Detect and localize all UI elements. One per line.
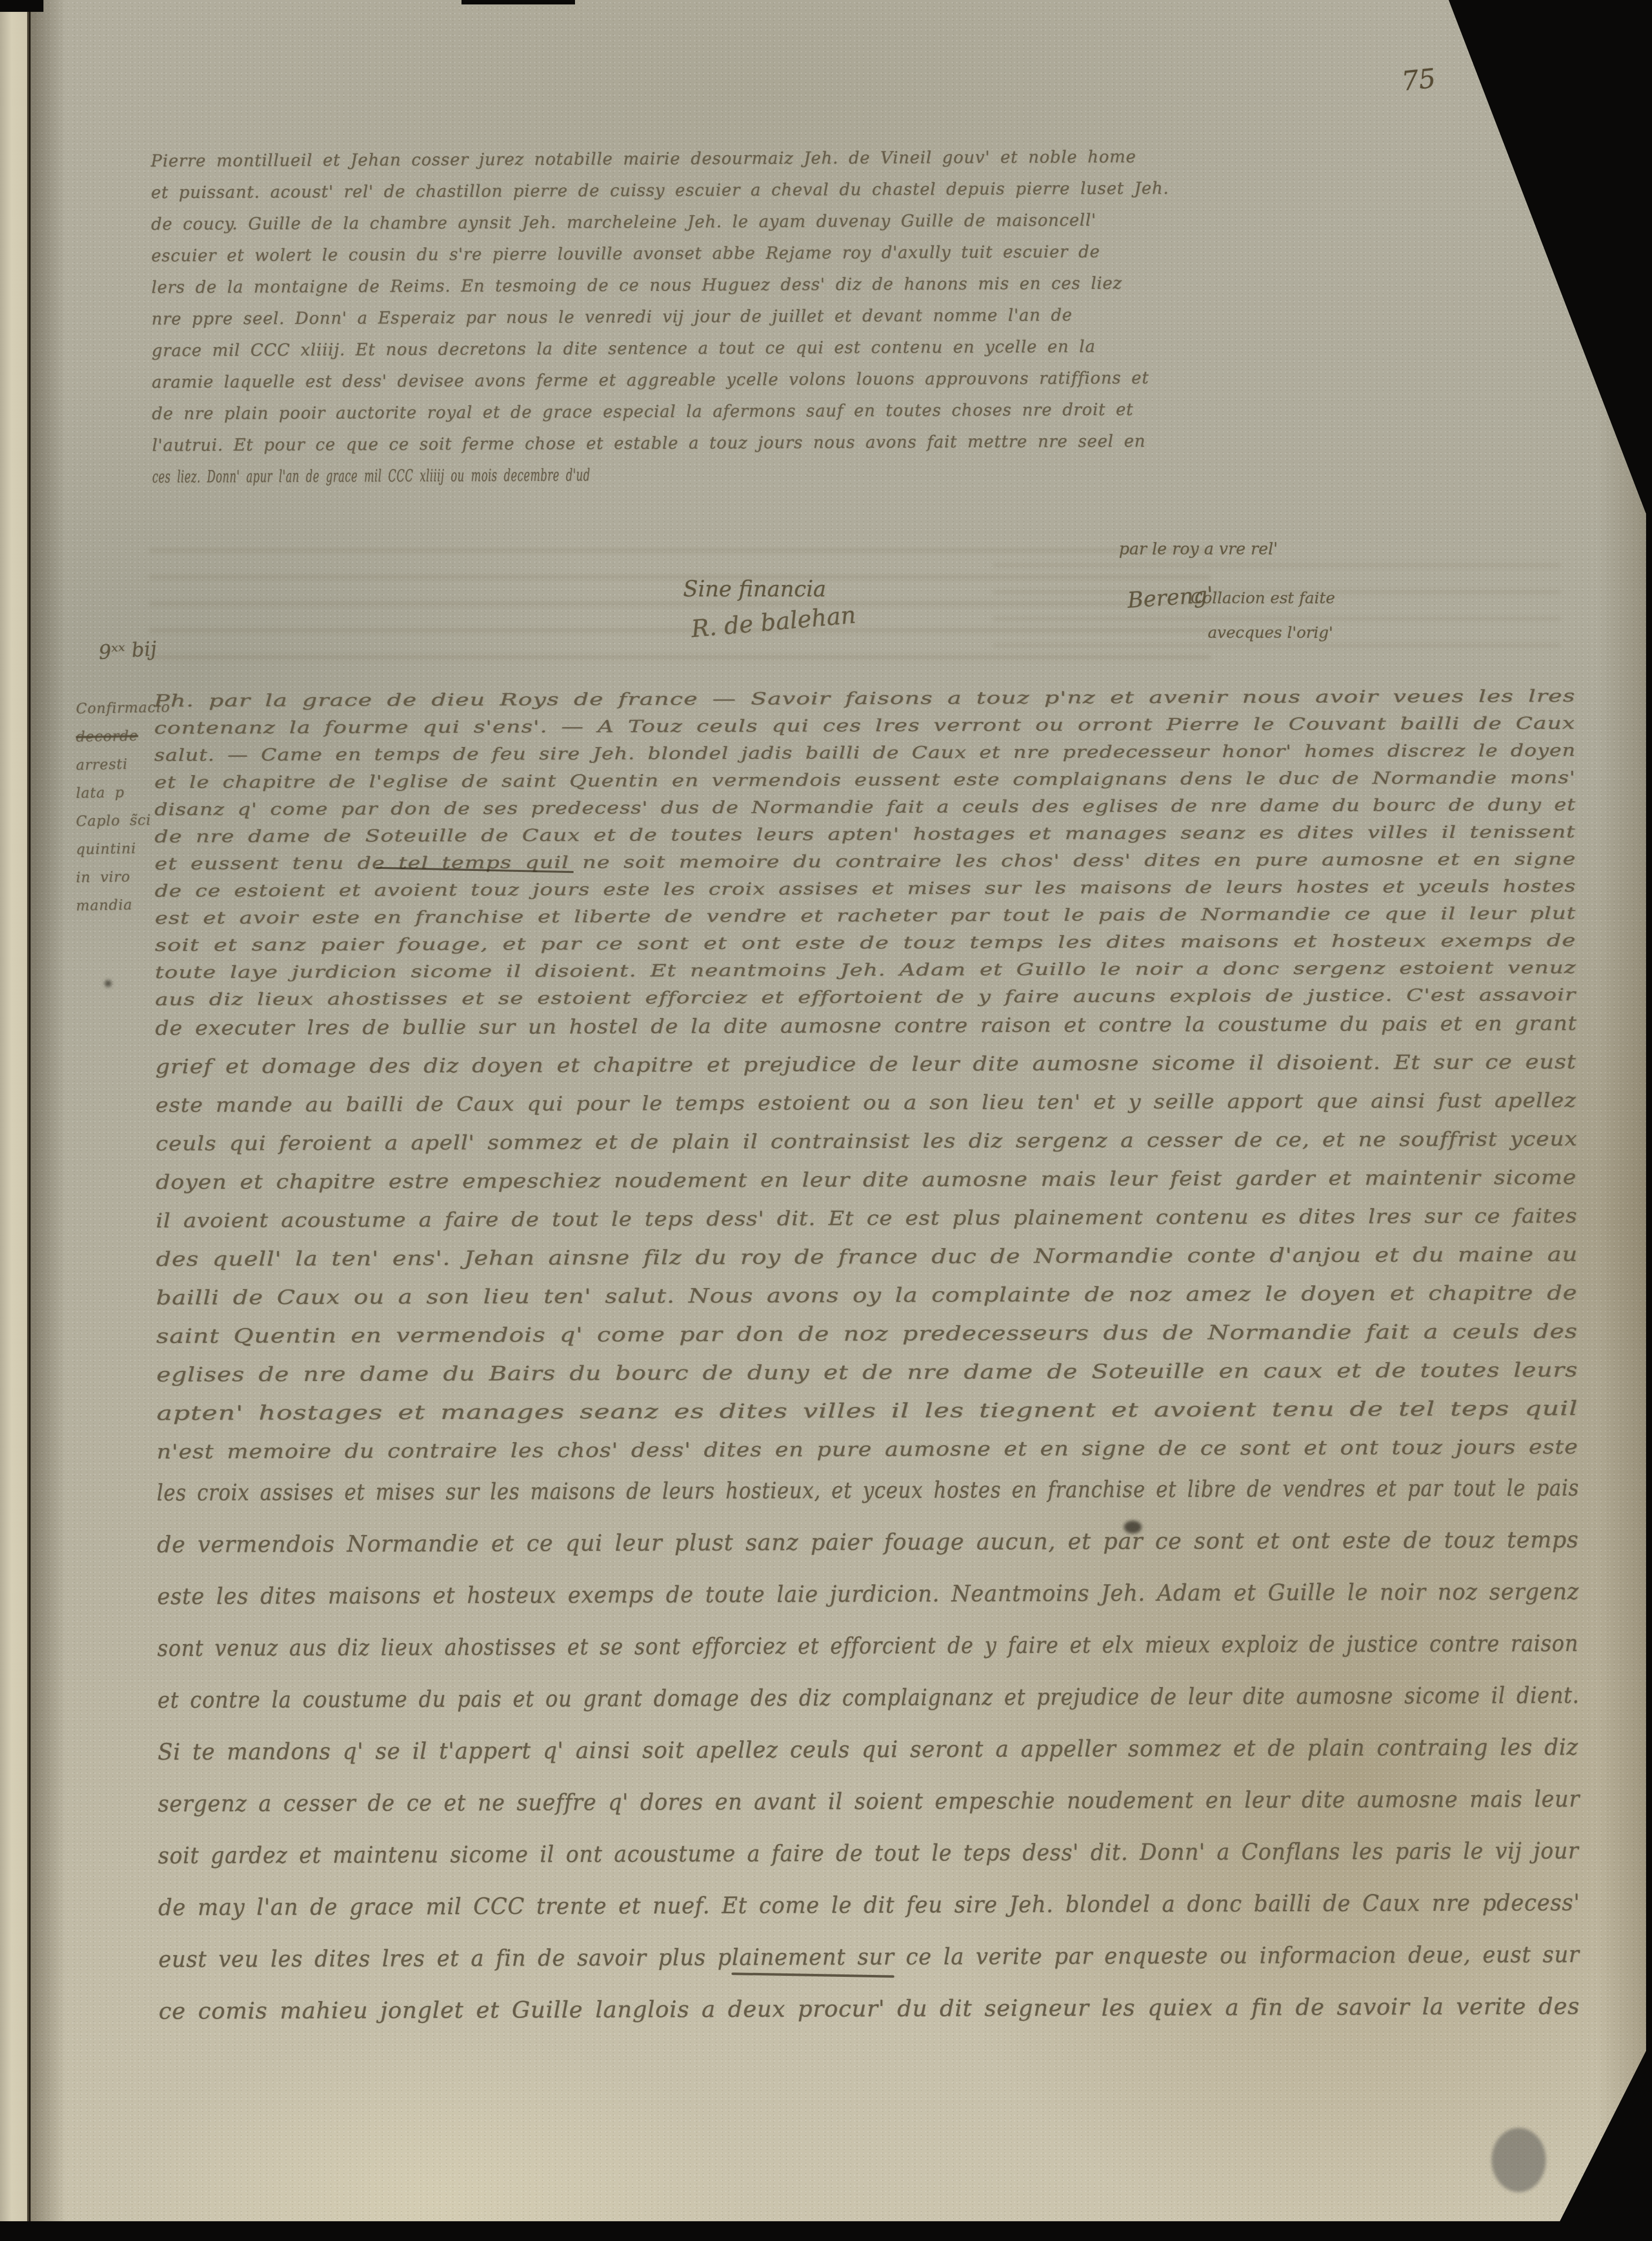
- marginal-note-line: mandia: [76, 895, 200, 925]
- manuscript-line: de nre dame de Soteuille de Caux et de t…: [154, 822, 1575, 847]
- manuscript-line: ce comis mahieu jonglet et Guille langlo…: [158, 1993, 1580, 2024]
- manuscript-line: eglises de nre dame du Bairs du bourc de…: [156, 1359, 1578, 1386]
- manuscript-line: ceuls qui feroient a apell' sommez et de…: [155, 1128, 1577, 1155]
- marginal-note-line: arresti: [76, 754, 200, 785]
- manuscript-line: de nre plain pooir auctorite royal et de…: [152, 398, 1578, 436]
- subscription-sine-financia: Sine financia: [683, 577, 826, 602]
- manuscript-line: eust veu les dites lres et a fin de savo…: [158, 1941, 1579, 1972]
- manuscript-line: l'autrui. Et pour ce que ce soit ferme c…: [152, 430, 1578, 468]
- manuscript-line: n'est memoire du contraire les chos' des…: [156, 1436, 1578, 1463]
- ink-underline-mark: [376, 867, 574, 873]
- marginal-note-line: lata p: [76, 783, 200, 813]
- manuscript-line: bailli de Caux ou a son lieu ten' salut.…: [156, 1282, 1577, 1309]
- marginal-note-line: quintini: [76, 839, 200, 869]
- verso-bleedthrough: [149, 548, 1210, 671]
- manuscript-line: apten' hostages et manages seanz es dite…: [156, 1397, 1578, 1425]
- ink-underline-mark: [731, 1972, 894, 1978]
- manuscript-line: toute laye jurdicion sicome il disoient.…: [155, 958, 1576, 983]
- marginal-note-line: decorde: [76, 726, 200, 756]
- manuscript-line: doyen et chapitre estre empeschiez noude…: [155, 1166, 1576, 1194]
- quire-mark: 9ˣˣ bij: [98, 637, 157, 664]
- manuscript-line: de vermendois Normandie et ce qui leur p…: [157, 1526, 1579, 1558]
- manuscript-line: saint Quentin en vermendois q' come par …: [156, 1320, 1577, 1348]
- manuscript-line: aramie laquelle est dess' devisee avons …: [152, 366, 1577, 404]
- stain: [1492, 2128, 1546, 2192]
- manuscript-line: lers de la montaigne de Reims. En tesmoi…: [152, 272, 1577, 310]
- manuscript-line: de ce estoient et avoient touz jours est…: [154, 876, 1576, 901]
- manuscript-line: de executer lres de bullie sur un hostel…: [155, 1012, 1577, 1040]
- manuscript-line: des quell' la ten' ens'. Jehan ainsne fi…: [156, 1243, 1578, 1271]
- subscription-signature: R. de balehan: [690, 601, 857, 643]
- manuscript-line: et eussent tenu de tel temps quil ne soi…: [154, 849, 1576, 874]
- subscription-collation-1: Collacion est faite: [1191, 589, 1335, 607]
- ink-blot: [1124, 1521, 1142, 1533]
- verso-bleedthrough: [993, 563, 1561, 652]
- manuscript-line: Pierre montillueil et Jehan cosser jurez…: [151, 145, 1576, 183]
- top-edge-sliver: [461, 0, 575, 4]
- manuscript-line: contenanz la fourme qui s'ens'. — A Touz…: [154, 713, 1575, 738]
- manuscript-line: il avoient acoustume a faire de tout le …: [156, 1205, 1577, 1232]
- previous-folio-edge: [0, 0, 29, 2241]
- manuscript-line: disanz q' come par don de ses predecess'…: [154, 795, 1576, 820]
- manuscript-line: salut. — Came en temps de feu sire Jeh. …: [154, 741, 1575, 765]
- marginal-note-line: in viro: [76, 867, 200, 897]
- manuscript-line: de coucy. Guille de la chambre aynsit Je…: [151, 208, 1577, 246]
- manuscript-line: Si te mandons q' se il t'appert q' ainsi…: [157, 1733, 1578, 1765]
- manuscript-line: aus diz lieux ahostisses et se estoient …: [155, 985, 1576, 1010]
- manuscript-line: soit et sanz paier fouage, et par ce son…: [155, 931, 1576, 955]
- manuscript-line: est et avoir este en franchise et libert…: [155, 904, 1576, 928]
- manuscript-line: et le chapitre de l'eglise de saint Quen…: [154, 768, 1576, 792]
- bottom-edge: [0, 2221, 1652, 2241]
- top-text-block: Pierre montillueil et Jehan cosser jurez…: [151, 145, 1583, 499]
- marginal-note: Confirmaciodecordearrestilata pCaplo s̃c…: [76, 700, 199, 925]
- subscription-collation-2: avecques l'orig': [1208, 623, 1333, 642]
- manuscript-line: sergenz a cesser de ce et ne sueffre q' …: [158, 1785, 1580, 1817]
- manuscript-line: de may l'an de grace mil CCC trente et n…: [158, 1889, 1580, 1921]
- subscription-bereng: Bereng': [1126, 582, 1214, 613]
- top-left-edge: [0, 0, 43, 12]
- subscription-par-le-roy: par le roy a vre rel': [1119, 539, 1278, 558]
- manuscript-line: grace mil CCC xliiij. Et nous decretons …: [152, 335, 1577, 373]
- manuscript-line: escuier et wolert le cousin du s're pier…: [151, 240, 1577, 278]
- manuscript-line: et puissant. acoust' rel' de chastillon …: [151, 177, 1577, 215]
- ink-speck: [105, 980, 112, 987]
- manuscript-line: este mande au bailli de Caux qui pour le…: [155, 1089, 1576, 1117]
- manuscript-line: ces liez. Donn' apur l'an de grace mil C…: [152, 463, 1051, 499]
- marginal-note-line: Caplo s̃ci: [76, 811, 200, 841]
- marginal-note-line: Confirmacio: [76, 698, 200, 728]
- folio-number: 75: [1400, 63, 1437, 97]
- manuscript-line: Ph. par la grace de dieu Roys de france …: [154, 686, 1575, 711]
- manuscript-line: soit gardez et maintenu sicome il ont ac…: [158, 1837, 1578, 1869]
- manuscript-line: et contre la coustume du pais et ou gran…: [157, 1682, 1579, 1713]
- parchment-page: 75 9ˣˣ bij Pierre montillueil et Jehan c…: [31, 0, 1646, 2224]
- manuscript-photo: 75 9ˣˣ bij Pierre montillueil et Jehan c…: [0, 0, 1652, 2241]
- main-text-block: Ph. par la grace de dieu Roys de france …: [154, 686, 1585, 691]
- manuscript-line: les croix assises et mises sur les maiso…: [157, 1474, 1579, 1506]
- manuscript-line: este les dites maisons et hosteux exemps…: [157, 1578, 1579, 1610]
- manuscript-line: grief et domage des diz doyen et chapitr…: [155, 1051, 1576, 1078]
- manuscript-line: nre ppre seel. Donn' a Esperaiz par nous…: [152, 303, 1577, 341]
- manuscript-line: sont venuz aus diz lieux ahostisses et s…: [157, 1630, 1578, 1661]
